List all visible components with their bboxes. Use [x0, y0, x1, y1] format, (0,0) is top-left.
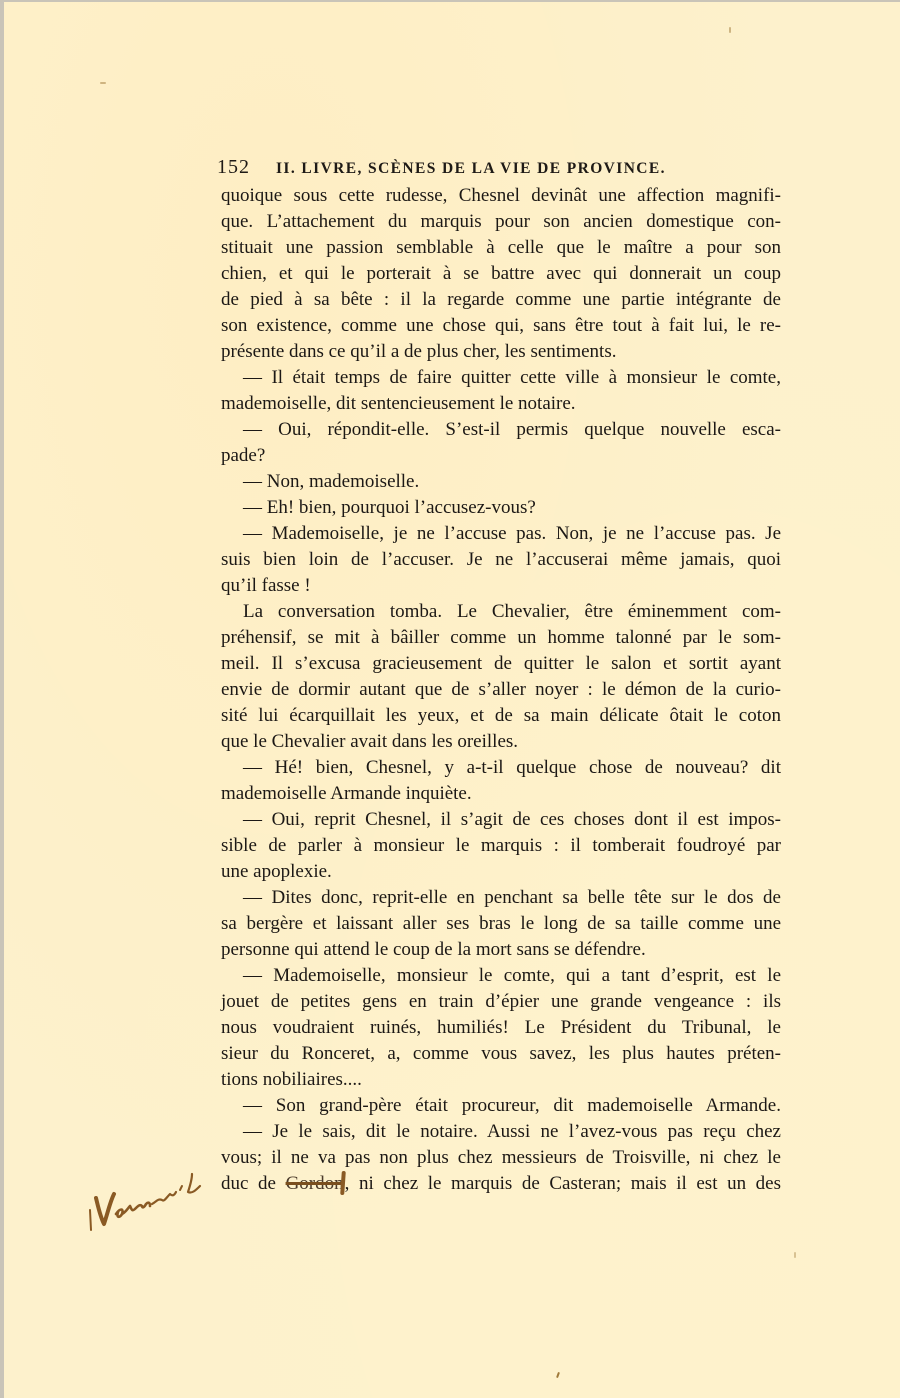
running-head: 152 II. LIVRE, SCÈNES DE LA VIE DE PROVI…: [217, 156, 787, 179]
text-line: son existence, comme une chose qui, sans…: [221, 313, 781, 339]
text-line: chien, et qui le porterait à se battre a…: [221, 261, 781, 287]
text-line: sa bergère et laissant aller ses bras le…: [221, 911, 781, 937]
final-line-after: , ni chez le marquis de Casteran; mais i…: [345, 1173, 781, 1194]
running-head-title: II. LIVRE, SCÈNES DE LA VIE DE PROVINCE.: [276, 160, 666, 177]
text-line: une apoplexie.: [221, 859, 781, 885]
book-page: 152 II. LIVRE, SCÈNES DE LA VIE DE PROVI…: [4, 2, 900, 1398]
page-number: 152: [217, 156, 250, 178]
text-line-with-correction: duc de Gordon, ni chez le marquis de Cas…: [221, 1171, 781, 1197]
text-line: que. L’attachement du marquis pour son a…: [221, 209, 781, 235]
text-line: — Oui, répondit-elle. S’est-il permis qu…: [221, 417, 781, 443]
paper-speck: [556, 1372, 560, 1378]
text-line: présente dans ce qu’il a de plus cher, l…: [221, 339, 781, 365]
text-line: de pied à sa bête : il la regarde comme …: [221, 287, 781, 313]
text-line: sité lui écarquillait les yeux, et de sa…: [221, 703, 781, 729]
text-line: jouet de petites gens en train d’épier u…: [221, 989, 781, 1015]
text-line: mademoiselle Armande inquiète.: [221, 781, 781, 807]
text-line: La conversation tomba. Le Chevalier, êtr…: [221, 599, 781, 625]
text-line: — Son grand-père était procureur, dit ma…: [221, 1093, 781, 1119]
text-line: sible de parler à monsieur le marquis : …: [221, 833, 781, 859]
text-line: sieur du Ronceret, a, comme vous savez, …: [221, 1041, 781, 1067]
text-line: — Je le sais, dit le notaire. Aussi ne l…: [221, 1119, 781, 1145]
paper-speck: [729, 27, 731, 33]
text-line: suis bien loin de l’accuser. Je ne l’acc…: [221, 547, 781, 573]
text-line: — Mademoiselle, monsieur le comte, qui a…: [221, 963, 781, 989]
text-line: vous; il ne va pas non plus chez messieu…: [221, 1145, 781, 1171]
text-line: stituait une passion semblable à celle q…: [221, 235, 781, 261]
paper-speck: [100, 82, 106, 84]
bleed-through-text: [293, 57, 304, 92]
text-line: quoique sous cette rudesse, Chesnel devi…: [221, 183, 781, 209]
text-line: — Oui, reprit Chesnel, il s’agit de ces …: [221, 807, 781, 833]
text-line: qu’il fasse !: [221, 573, 781, 599]
text-line: — Hé! bien, Chesnel, y a-t-il quelque ch…: [221, 755, 781, 781]
handwritten-annotation-verneuil: Verneuil: [86, 1168, 216, 1248]
paper-speck: [794, 1252, 796, 1258]
struck-word: Gordon: [286, 1173, 344, 1194]
body-text: quoique sous cette rudesse, Chesnel devi…: [221, 183, 781, 1197]
text-line: envie de dormir autant que de s’aller no…: [221, 677, 781, 703]
text-line: mademoiselle, dit sentencieusement le no…: [221, 391, 781, 417]
text-line: préhensif, se mit à bâiller comme un hom…: [221, 625, 781, 651]
final-line-before: duc de: [221, 1173, 286, 1194]
text-line: — Dites donc, reprit-elle en penchant sa…: [221, 885, 781, 911]
text-line: meil. Il s’excusa gracieusement de quitt…: [221, 651, 781, 677]
text-line: pade?: [221, 443, 781, 469]
text-line: — Mademoiselle, je ne l’accuse pas. Non,…: [221, 521, 781, 547]
text-line: — Eh! bien, pourquoi l’accusez-vous?: [221, 495, 781, 521]
text-line: que le Chevalier avait dans les oreilles…: [221, 729, 781, 755]
text-line: — Non, mademoiselle.: [221, 469, 781, 495]
text-line: — Il était temps de faire quitter cette …: [221, 365, 781, 391]
text-line: tions nobiliaires....: [221, 1067, 781, 1093]
text-line: nous voudraient ruinés, humiliés! Le Pré…: [221, 1015, 781, 1041]
text-line: personne qui attend le coup de la mort s…: [221, 937, 781, 963]
